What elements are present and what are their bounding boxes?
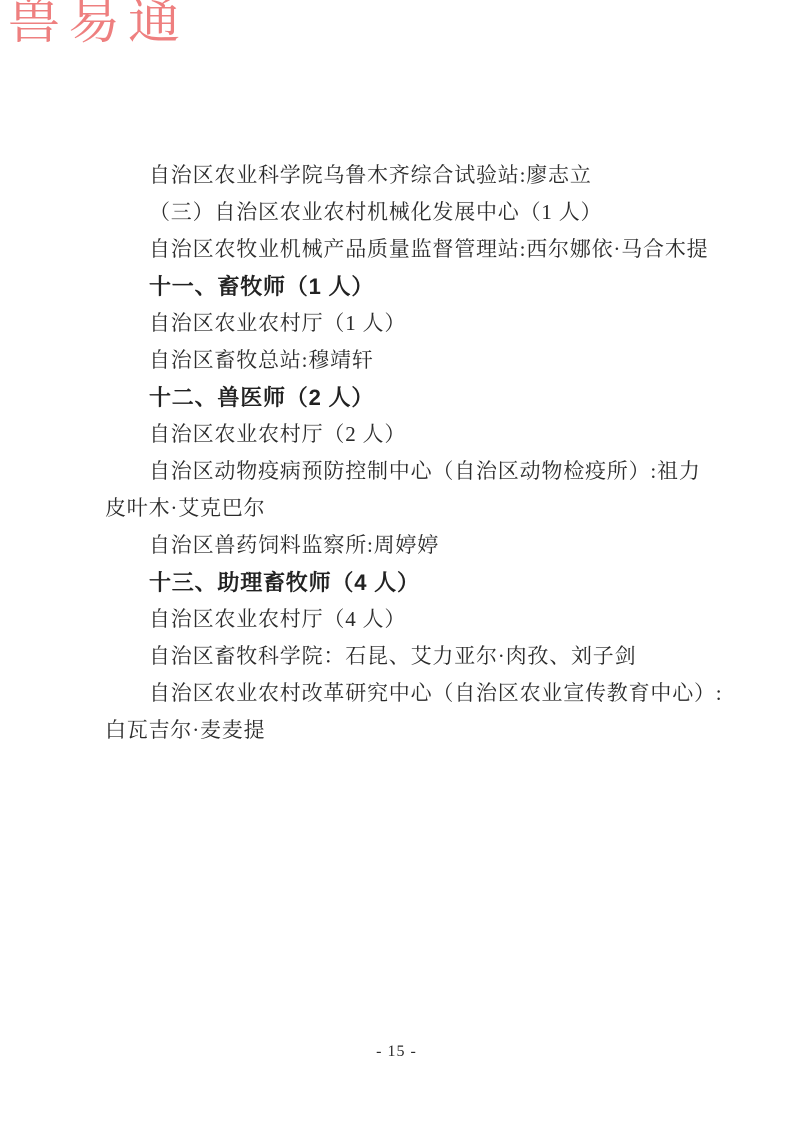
page-number: - 15 - xyxy=(0,1043,793,1061)
section-heading: 十三、助理畜牧师（4 人） xyxy=(105,564,725,601)
document-line: 自治区畜牧总站:穆靖轩 xyxy=(105,342,725,379)
document-line: 自治区畜牧科学院：石昆、艾力亚尔·肉孜、刘子剑 xyxy=(105,638,725,675)
section-heading: 十一、畜牧师（1 人） xyxy=(105,268,725,305)
document-line: 白瓦吉尔·麦麦提 xyxy=(105,712,725,749)
document-line: 自治区农业农村改革研究中心（自治区农业宣传教育中心）: xyxy=(105,675,725,712)
document-line: 自治区兽药饲料监察所:周婷婷 xyxy=(105,527,725,564)
document-line: 皮叶木·艾克巴尔 xyxy=(105,490,725,527)
document-line: （三）自治区农业农村机械化发展中心（1 人） xyxy=(105,194,725,231)
document-line: 自治区农业农村厅（1 人） xyxy=(105,305,725,342)
document-line: 自治区农业科学院乌鲁木齐综合试验站:廖志立 xyxy=(105,157,725,194)
document-line: 自治区农业农村厅（4 人） xyxy=(105,601,725,638)
document-page: 兽易通 自治区农业科学院乌鲁木齐综合试验站:廖志立 （三）自治区农业农村机械化发… xyxy=(0,0,793,1121)
document-line: 自治区动物疫病预防控制中心（自治区动物检疫所）:祖力 xyxy=(105,453,725,490)
document-body: 自治区农业科学院乌鲁木齐综合试验站:廖志立 （三）自治区农业农村机械化发展中心（… xyxy=(105,157,725,749)
watermark-logo: 兽易通 xyxy=(8,0,188,52)
section-heading: 十二、兽医师（2 人） xyxy=(105,379,725,416)
document-line: 自治区农牧业机械产品质量监督管理站:西尔娜依·马合木提 xyxy=(105,231,725,268)
document-line: 自治区农业农村厅（2 人） xyxy=(105,416,725,453)
